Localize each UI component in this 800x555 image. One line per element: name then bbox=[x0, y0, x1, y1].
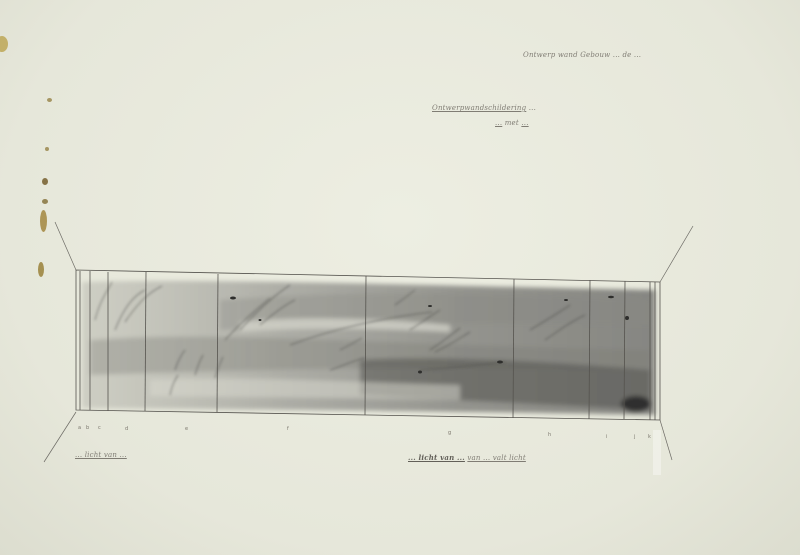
ink-wash bbox=[82, 281, 655, 415]
wall-drawing bbox=[0, 0, 800, 555]
paper-edge-mark bbox=[653, 430, 661, 475]
